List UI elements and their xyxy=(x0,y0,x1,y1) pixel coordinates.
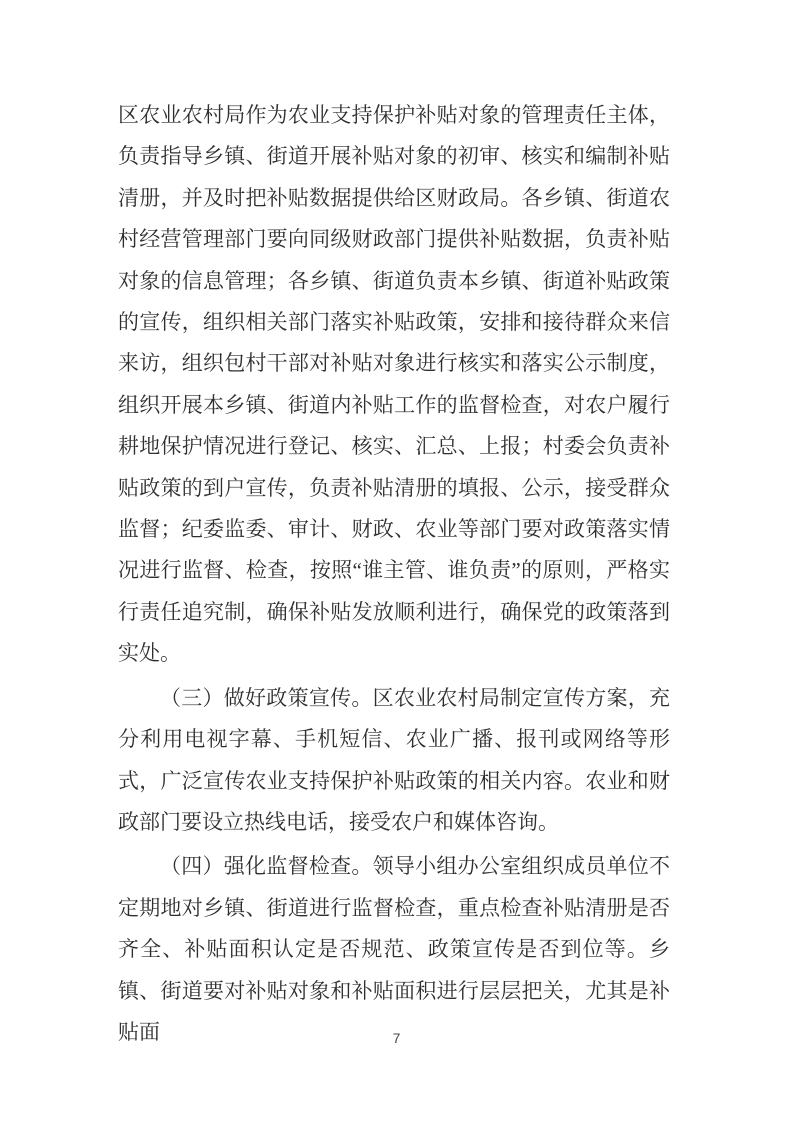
paragraph-section-3: （三）做好政策宣传。区农业农村局制定宣传方案，充分利用电视字幕、手机短信、农业广… xyxy=(118,678,670,844)
paragraph-continuation: 区农业农村局作为农业支持保护补贴对象的管理责任主体，负责指导乡镇、街道开展补贴对… xyxy=(118,95,670,675)
document-body: 区农业农村局作为农业支持保护补贴对象的管理责任主体，负责指导乡镇、街道开展补贴对… xyxy=(118,95,670,1053)
document-page: 区农业农村局作为农业支持保护补贴对象的管理责任主体，负责指导乡镇、街道开展补贴对… xyxy=(0,0,793,1121)
page-number: 7 xyxy=(0,1030,793,1046)
paragraph-section-4: （四）强化监督检查。领导小组办公室组织成员单位不定期地对乡镇、街道进行监督检查，… xyxy=(118,846,670,1053)
